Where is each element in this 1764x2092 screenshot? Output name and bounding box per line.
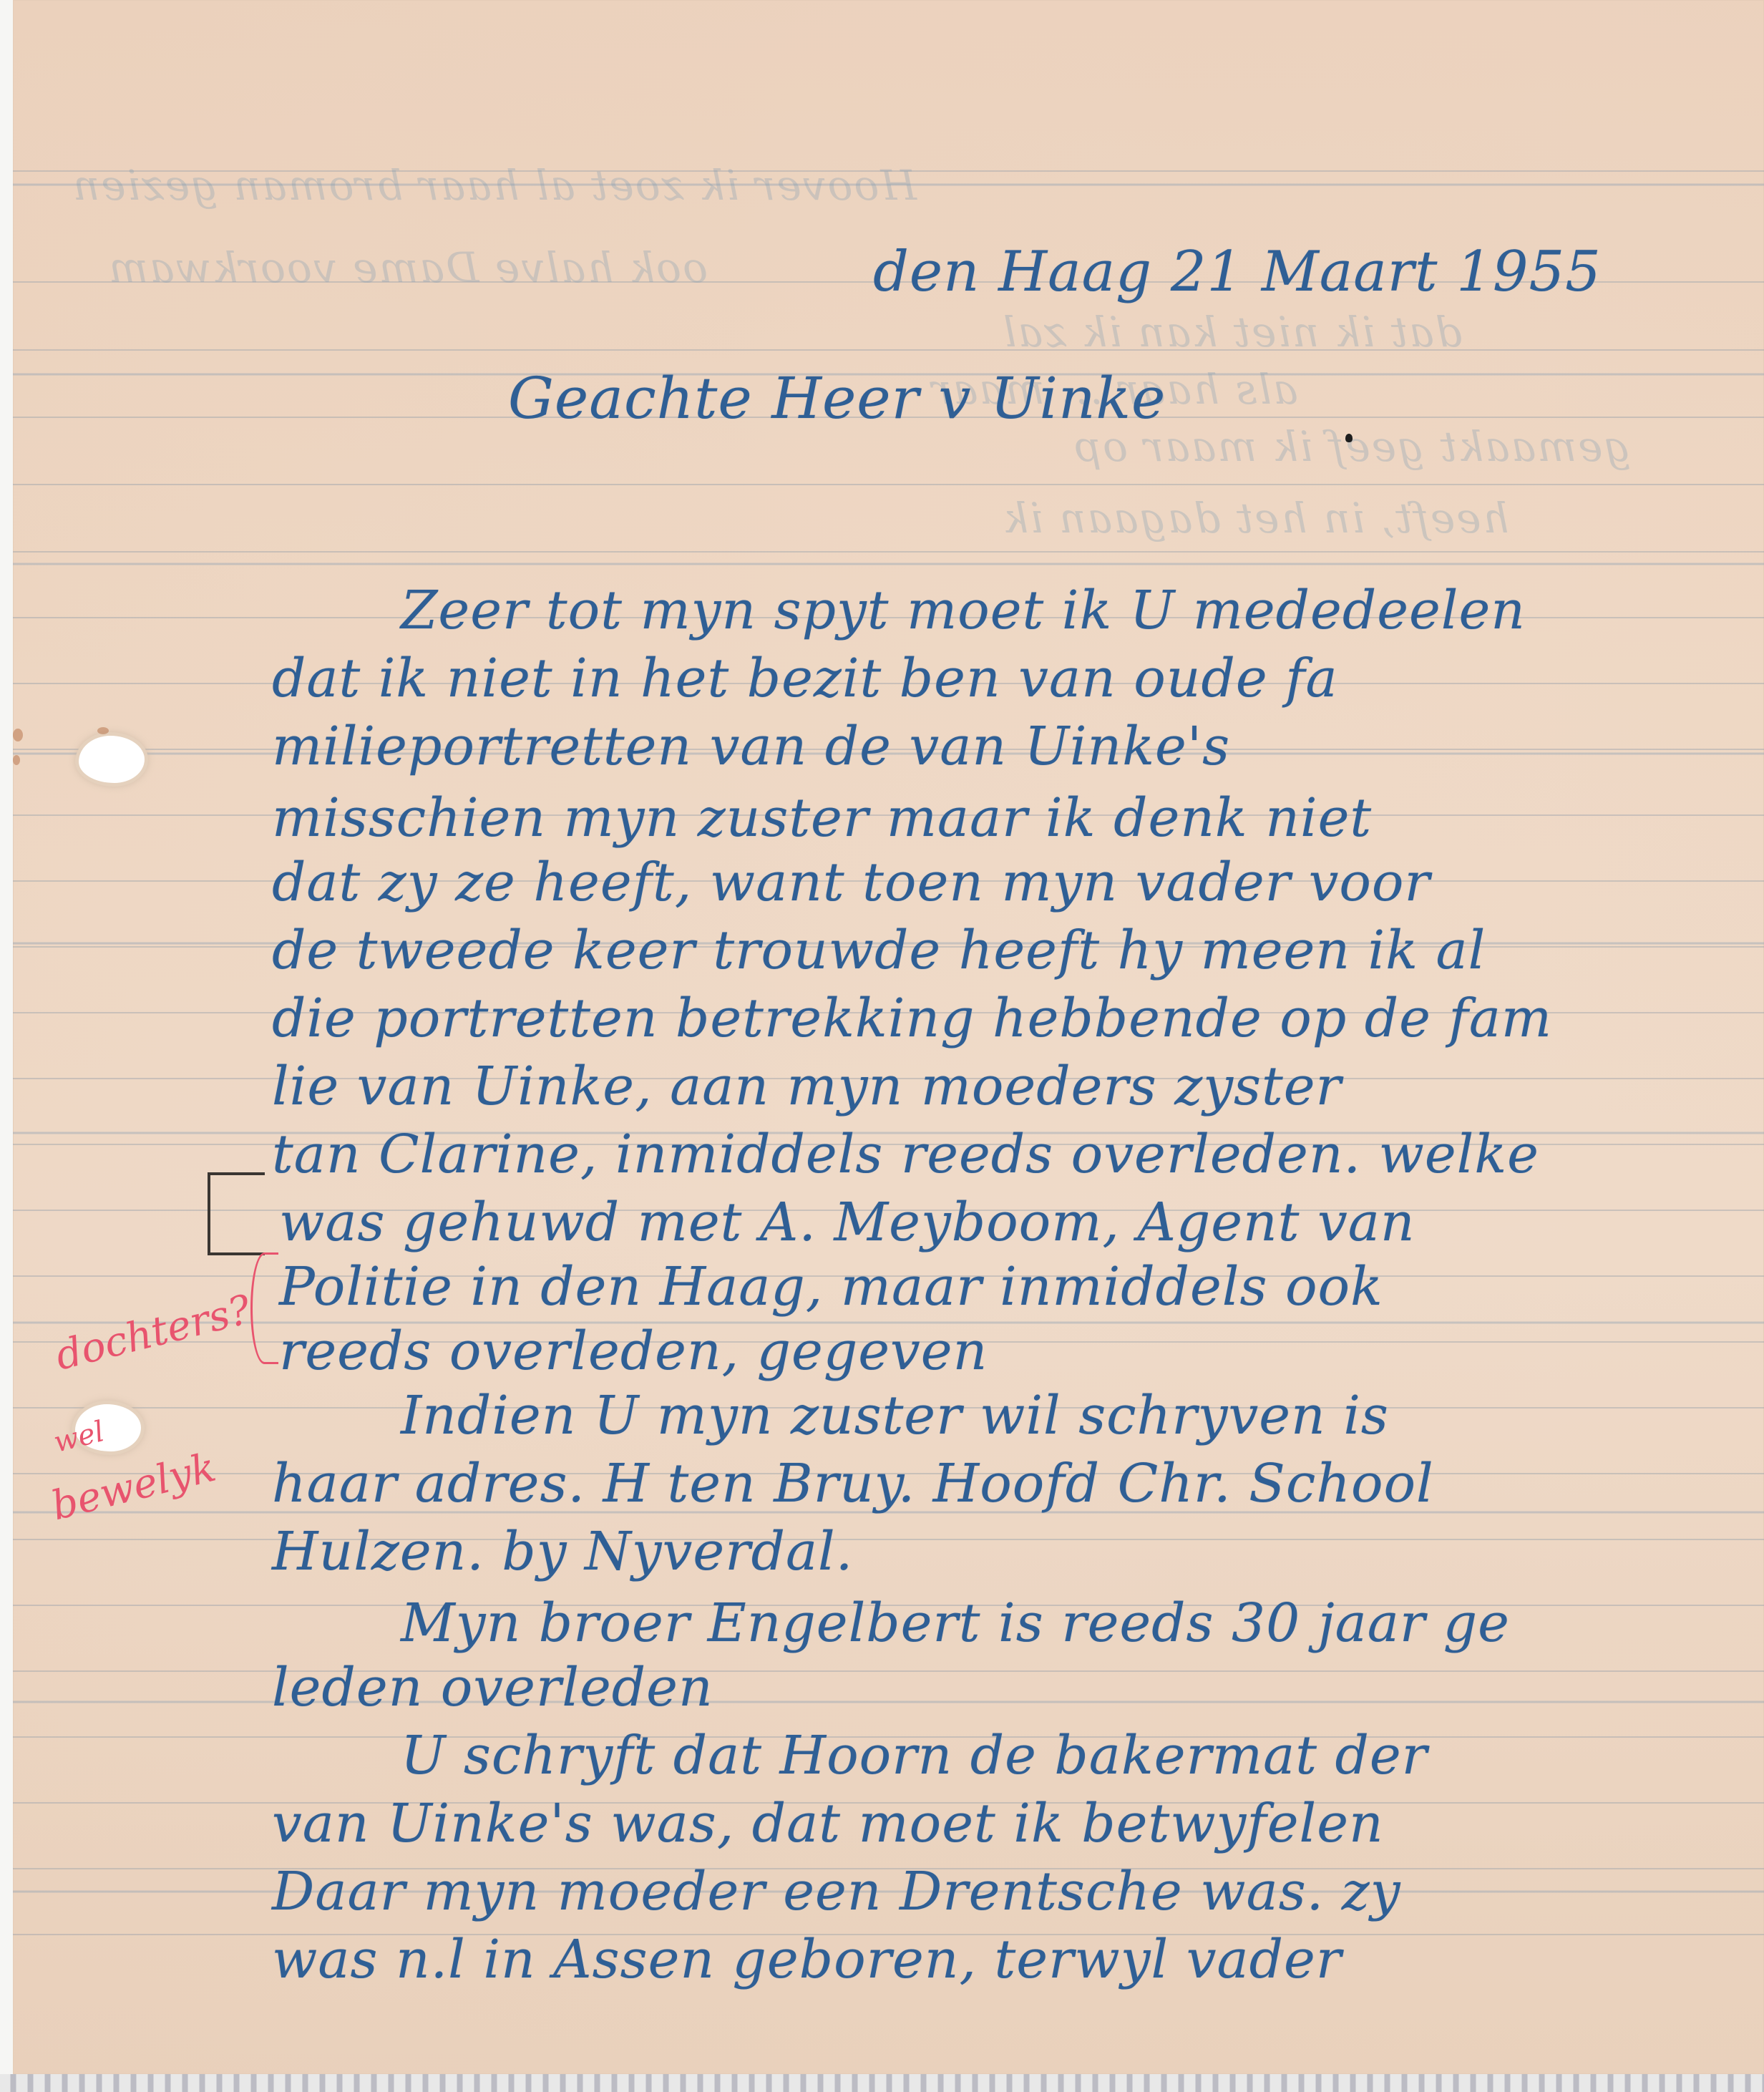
letter-line: Daar myn moeder een Drentsche was. zy (272, 1861, 1401, 1922)
letter-line: Hulzen. by Nyverdal. (272, 1521, 853, 1582)
letter-line: tan Clarine, inmiddels reeds overleden. … (272, 1124, 1539, 1185)
letter-line: van Uinke's was, dat moet ik betwyfelen (272, 1793, 1384, 1854)
scanner-left-edge (0, 0, 13, 2074)
letter-line: haar adres. H ten Bruy. Hoofd Chr. Schoo… (272, 1453, 1434, 1514)
letter-line: reeds overleden, gegeven (279, 1320, 988, 1382)
letter-line: was gehuwd met A. Meyboom, Agent van (279, 1192, 1415, 1253)
letter-line: de tweede keer trouwde heeft hy meen ik … (272, 920, 1486, 981)
letter-line: was n.l in Assen geboren, terwyl vader (272, 1929, 1342, 1990)
letter-line: lie van Uinke, aan myn moeders zyster (272, 1056, 1342, 1117)
bleed-through-text: dat ik niet kan ik zal (1002, 308, 1462, 356)
rule-line (13, 349, 1764, 351)
letter-line: Politie in den Haag, maar inmiddels ook (279, 1256, 1383, 1318)
letter-line: Myn broer Engelbert is reeds 30 jaar ge (401, 1592, 1510, 1654)
rust-stain (97, 727, 109, 734)
letter-line: dat zy ze heeft, want toen myn vader voo… (272, 852, 1431, 913)
ink-dot (1345, 434, 1353, 442)
place-date: den Haag 21 Maart 1955 (873, 240, 1602, 304)
rule-line (13, 551, 1764, 553)
letter-line: U schryft dat Hoorn de bakermat der (401, 1725, 1428, 1786)
rule-line (13, 484, 1764, 485)
letter-line: leden overleden (272, 1657, 713, 1718)
bleed-through-text: heeft, in het dagaan ik (1002, 494, 1509, 543)
red-parenthesis-mark (250, 1252, 278, 1364)
letter-line: milieportretten van de van Uinke's (272, 716, 1230, 777)
bleed-through-text: Hoover ik zoet al haar broman gezien (72, 161, 917, 210)
letter-line: Zeer tot myn spyt moet ik U mededeelen (401, 580, 1526, 641)
letter-line: dat ik niet in het bezit ben van oude fa (272, 648, 1338, 709)
salutation: Geachte Heer v Uinke (508, 365, 1166, 432)
letter-line: Indien U myn zuster wil schryven is (401, 1385, 1389, 1446)
letter-line: misschien myn zuster maar ik denk niet (272, 787, 1372, 849)
scanner-bottom-strip (0, 2074, 1764, 2092)
rust-stain (13, 729, 23, 741)
bleed-through-text: ook halve Dame voorkwam (107, 243, 708, 292)
pencil-bracket-mark (208, 1172, 265, 1255)
punch-hole-top (79, 736, 145, 783)
rust-stain (13, 755, 20, 765)
letter-line: die portretten betrekking hebbende op de… (272, 988, 1552, 1049)
